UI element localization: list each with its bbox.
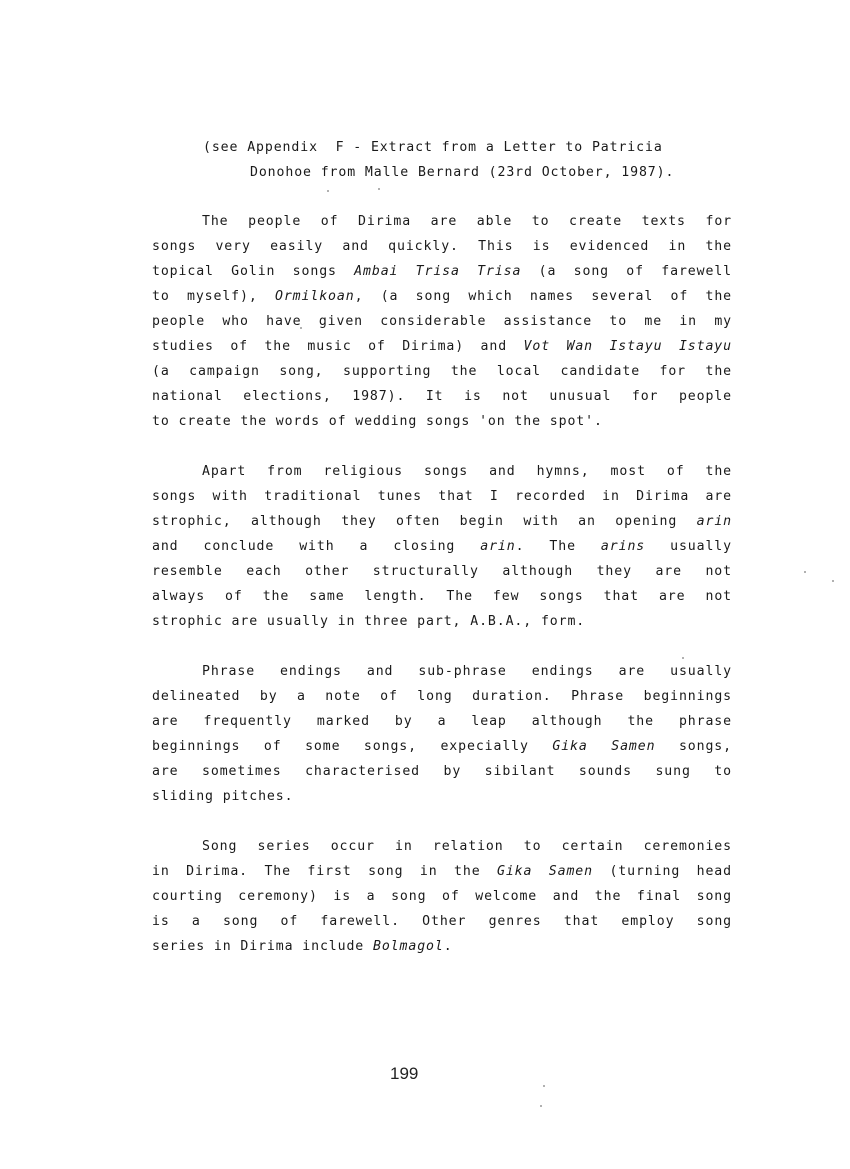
citation-line-2: Donohoe from Malle Bernard (23rd October… xyxy=(250,165,674,181)
text-run: series in Dirima include xyxy=(152,939,373,954)
paragraph-2-line: Apart from religious songs and hymns, mo… xyxy=(202,464,732,480)
scan-speck xyxy=(804,571,806,573)
scan-speck xyxy=(300,327,302,329)
paragraph-1-line: studies of the music of Dirima) and Vot … xyxy=(152,339,732,355)
italic-title: Gika Samen xyxy=(497,864,593,879)
text-run: strophic are usually in three part, A.B.… xyxy=(152,614,585,629)
text-run: are frequently marked by a leap although… xyxy=(152,714,732,729)
paragraph-4-line: courting ceremony) is a song of welcome … xyxy=(152,889,732,905)
paragraph-3-line: beginnings of some songs, expecially Gik… xyxy=(152,739,732,755)
page-number: 199 xyxy=(390,1064,418,1084)
text-run: studies of the music of Dirima) and xyxy=(152,339,524,354)
text-run: songs, xyxy=(655,739,732,754)
paragraph-1-line: to create the words of wedding songs 'on… xyxy=(152,414,603,430)
paragraph-1-line: people who have given considerable assis… xyxy=(152,314,732,330)
scan-speck xyxy=(378,188,380,190)
paragraph-2-line: always of the same length. The few songs… xyxy=(152,589,732,605)
text-run: The people of Dirima are able to create … xyxy=(202,214,732,229)
paragraph-2-line: songs with traditional tunes that I reco… xyxy=(152,489,732,505)
italic-title: Gika Samen xyxy=(552,739,655,754)
text-run: (turning head xyxy=(593,864,732,879)
paragraph-4-line: in Dirima. The first song in the Gika Sa… xyxy=(152,864,732,880)
scan-speck xyxy=(832,580,834,582)
paragraph-3-line: are sometimes characterised by sibilant … xyxy=(152,764,732,780)
text-run: national elections, 1987). It is not unu… xyxy=(152,389,732,404)
paragraph-3-line: are frequently marked by a leap although… xyxy=(152,714,732,730)
text-run: strophic, although they often begin with… xyxy=(152,514,697,529)
text-run: songs with traditional tunes that I reco… xyxy=(152,489,732,504)
citation-line-1: (see Appendix F - Extract from a Letter … xyxy=(203,140,663,156)
paragraph-3-line: Phrase endings and sub-phrase endings ar… xyxy=(202,664,732,680)
italic-title: arin xyxy=(480,539,515,554)
paragraph-4-line: is a song of farewell. Other genres that… xyxy=(152,914,732,930)
text-run: songs very easily and quickly. This is e… xyxy=(152,239,732,254)
text-run: resemble each other structurally althoug… xyxy=(152,564,732,579)
text-run: topical Golin songs xyxy=(152,264,354,279)
text-run: (a campaign song, supporting the local c… xyxy=(152,364,732,379)
paragraph-1-line: to myself), Ormilkoan, (a song which nam… xyxy=(152,289,732,305)
text-run: courting ceremony) is a song of welcome … xyxy=(152,889,732,904)
text-run: in Dirima. The first song in the xyxy=(152,864,497,879)
scan-speck xyxy=(682,657,684,659)
text-run: people who have given considerable assis… xyxy=(152,314,732,329)
paragraph-2-line: resemble each other structurally althoug… xyxy=(152,564,732,580)
paragraph-4-line: series in Dirima include Bolmagol. xyxy=(152,939,453,955)
paragraph-2-line: and conclude with a closing arin. The ar… xyxy=(152,539,732,555)
scan-speck xyxy=(540,1105,542,1107)
paragraph-2-line: strophic, although they often begin with… xyxy=(152,514,732,530)
scan-speck xyxy=(327,190,329,192)
paragraph-4-line: Song series occur in relation to certain… xyxy=(202,839,732,855)
text-run: sliding pitches. xyxy=(152,789,293,804)
text-run: . The xyxy=(516,539,601,554)
italic-title: Ambai Trisa Trisa xyxy=(354,264,521,279)
text-run: always of the same length. The few songs… xyxy=(152,589,732,604)
text-run: Phrase endings and sub-phrase endings ar… xyxy=(202,664,732,679)
italic-title: Ormilkoan xyxy=(275,289,355,304)
text-run: Song series occur in relation to certain… xyxy=(202,839,732,854)
text-run: delineated by a note of long duration. P… xyxy=(152,689,732,704)
italic-title: Bolmagol xyxy=(373,939,444,954)
paragraph-3-line: delineated by a note of long duration. P… xyxy=(152,689,732,705)
text-run: (a song of farewell xyxy=(521,264,732,279)
text-run: are sometimes characterised by sibilant … xyxy=(152,764,732,779)
document-page: (see Appendix F - Extract from a Letter … xyxy=(0,0,850,1169)
text-run: to myself), xyxy=(152,289,275,304)
text-run: to create the words of wedding songs 'on… xyxy=(152,414,603,429)
paragraph-3-line: sliding pitches. xyxy=(152,789,293,805)
scan-speck xyxy=(543,1085,545,1087)
text-run: Apart from religious songs and hymns, mo… xyxy=(202,464,732,479)
paragraph-1-line: national elections, 1987). It is not unu… xyxy=(152,389,732,405)
italic-title: arins xyxy=(601,539,645,554)
text-run: beginnings of some songs, expecially xyxy=(152,739,552,754)
paragraph-1-line: songs very easily and quickly. This is e… xyxy=(152,239,732,255)
text-run: , (a song which names several of the xyxy=(355,289,732,304)
italic-title: Vot Wan Istayu Istayu xyxy=(524,339,732,354)
paragraph-2-line: strophic are usually in three part, A.B.… xyxy=(152,614,585,630)
italic-title: arin xyxy=(697,514,732,529)
paragraph-1-line: (a campaign song, supporting the local c… xyxy=(152,364,732,380)
text-run: . xyxy=(444,939,453,954)
text-run: and conclude with a closing xyxy=(152,539,480,554)
paragraph-1-line: The people of Dirima are able to create … xyxy=(202,214,732,230)
text-run: usually xyxy=(645,539,732,554)
paragraph-1-line: topical Golin songs Ambai Trisa Trisa (a… xyxy=(152,264,732,280)
text-run: is a song of farewell. Other genres that… xyxy=(152,914,732,929)
